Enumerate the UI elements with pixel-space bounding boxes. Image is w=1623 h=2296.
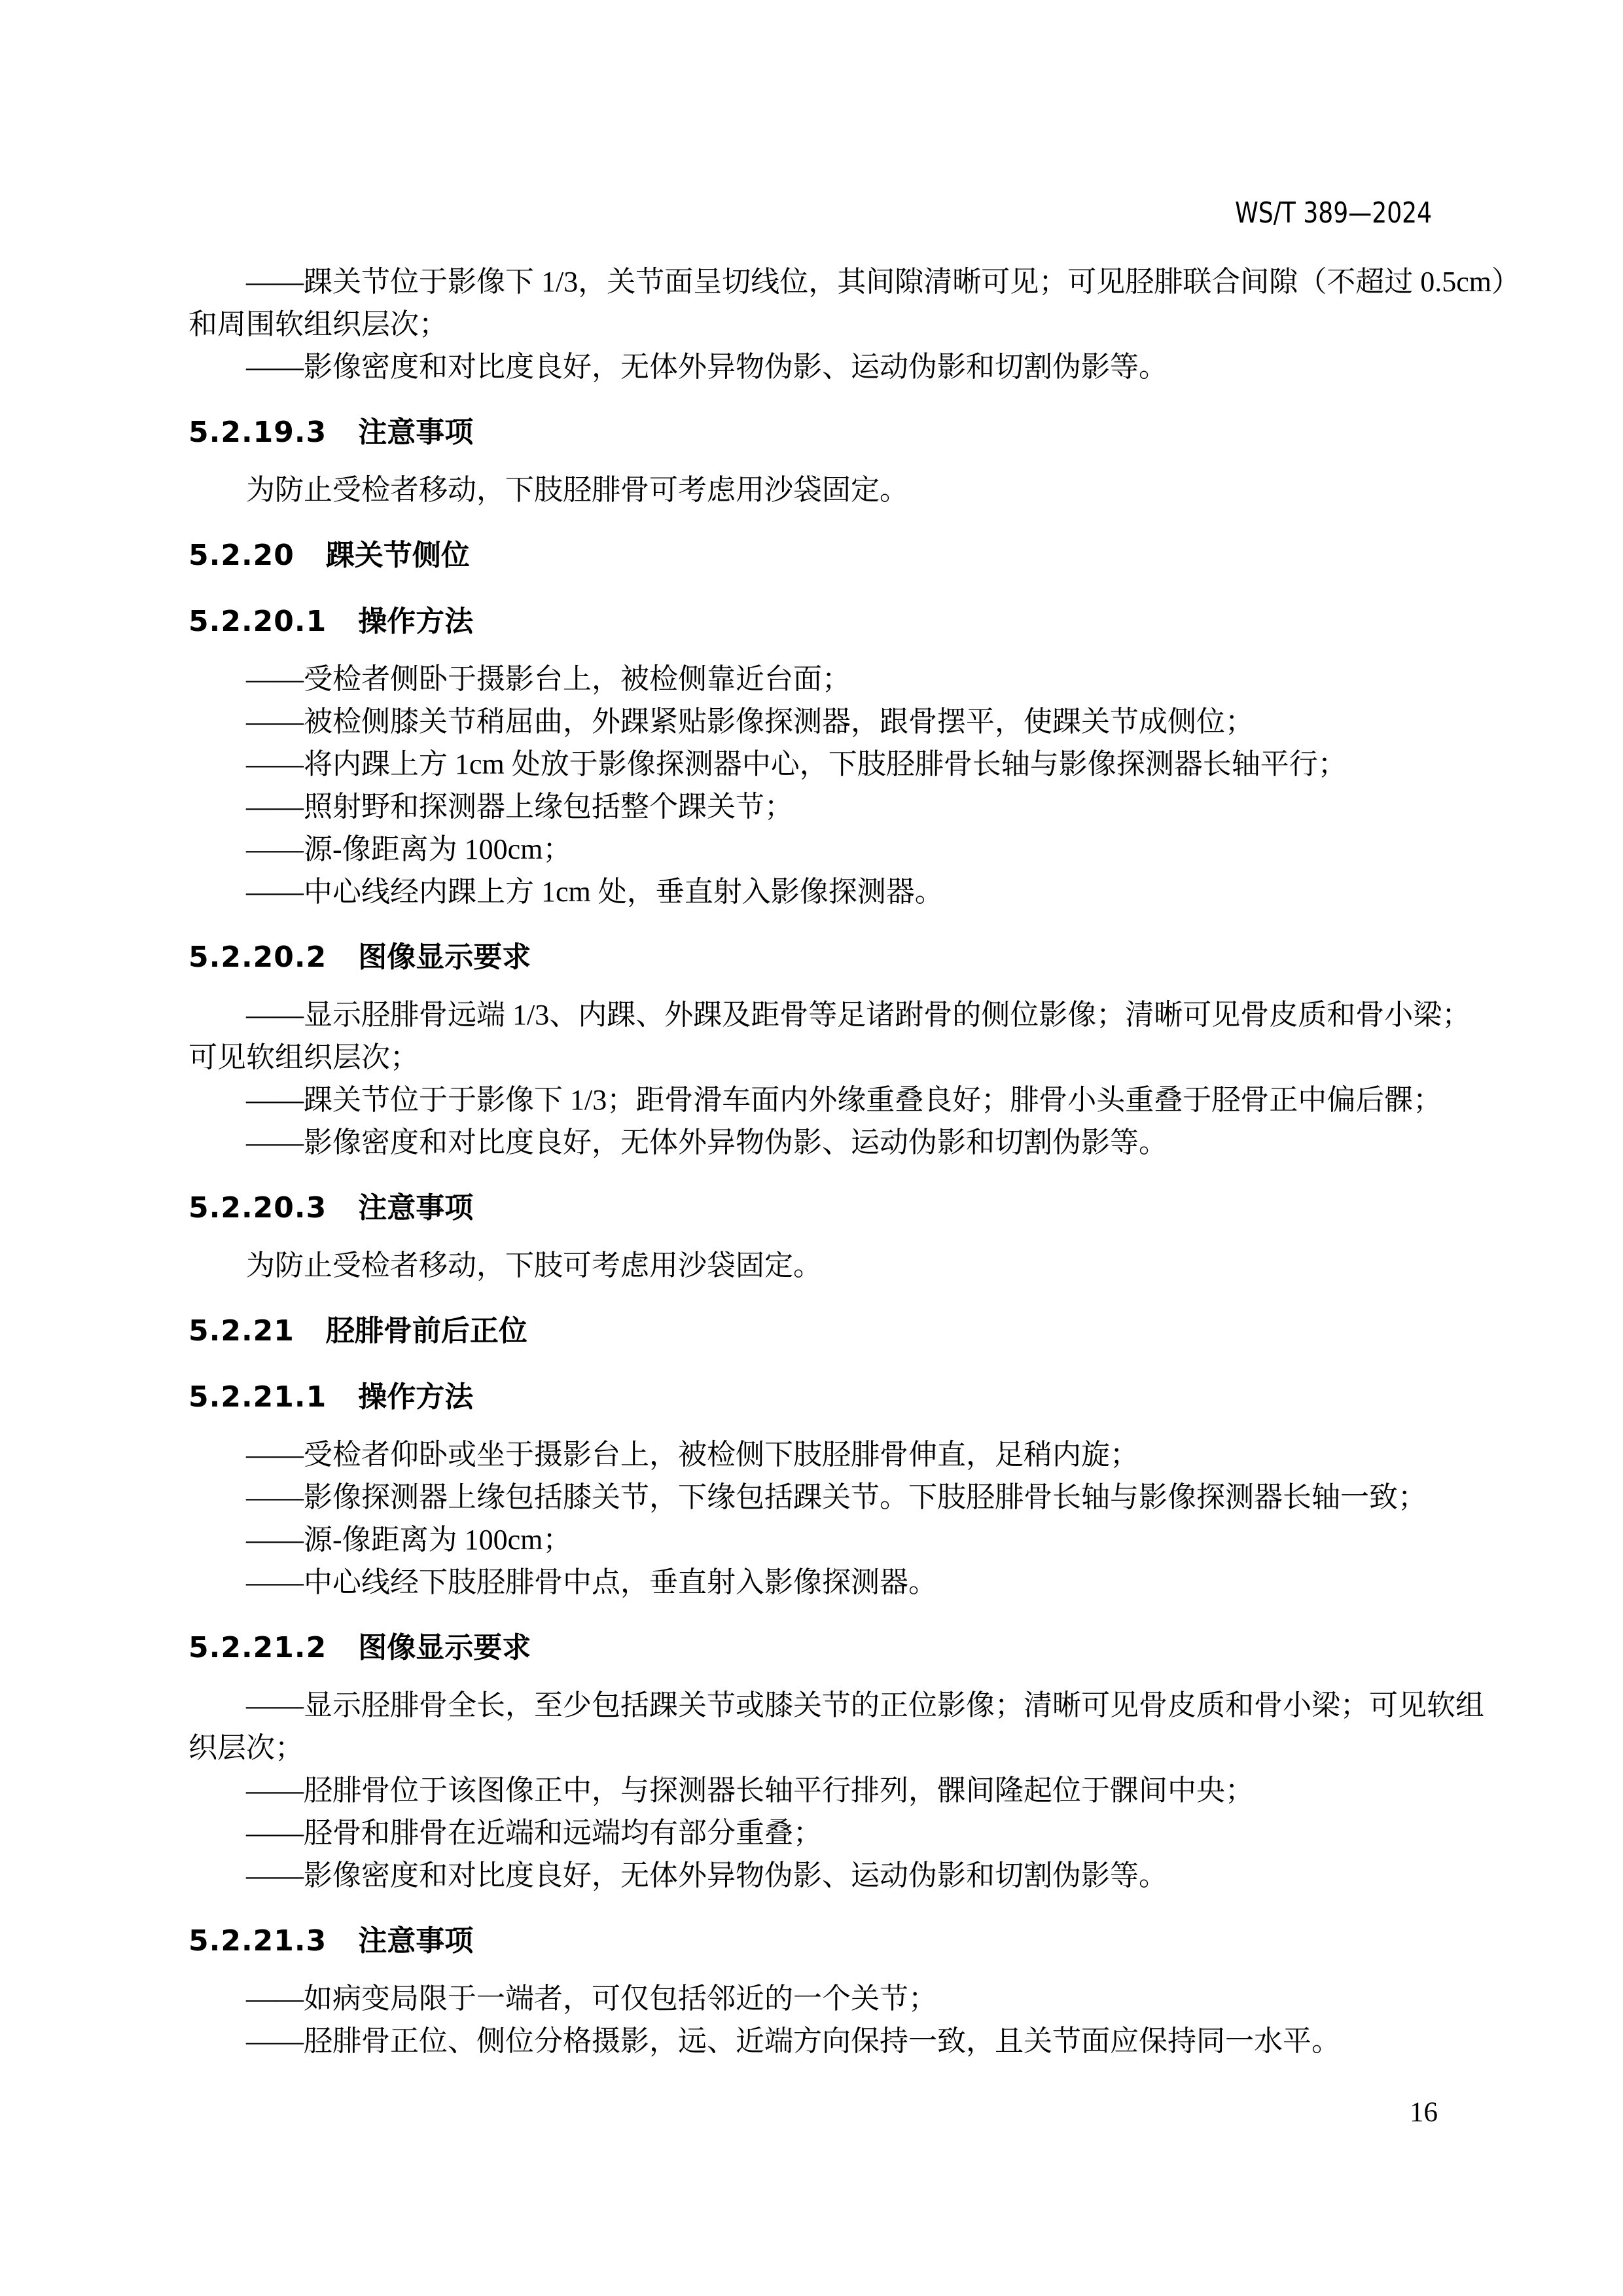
document-body: ——踝关节位于影像下 1/3，关节面呈切线位，其间隙清晰可见；可见胫腓联合间隙（…: [188, 260, 1438, 2062]
section-heading: 5.2.21.2图像显示要求: [188, 1626, 1438, 1670]
section-title: 操作方法: [358, 1380, 473, 1414]
section-number: 5.2.20.3: [188, 1191, 327, 1225]
body-line: ——胫腓骨位于该图像正中，与探测器长轴平行排列，髁间隆起位于髁间中央；: [188, 1769, 1438, 1812]
body-line: 织层次；: [188, 1727, 1438, 1769]
body-line: 为防止受检者移动，下肢可考虑用沙袋固定。: [188, 1244, 1438, 1287]
section-heading: 5.2.20.2图像显示要求: [188, 936, 1438, 979]
section-number: 5.2.21.3: [188, 1924, 327, 1958]
body-line: ——源-像距离为 100cm；: [188, 1518, 1438, 1561]
section-heading: 5.2.20踝关节侧位: [188, 534, 1438, 577]
body-line: ——影像密度和对比度良好，无体外异物伪影、运动伪影和切割伪影等。: [188, 1121, 1438, 1164]
section-number: 5.2.19.3: [188, 416, 327, 449]
body-line: ——胫骨和腓骨在近端和远端均有部分重叠；: [188, 1812, 1438, 1854]
section-title: 注意事项: [358, 1924, 473, 1958]
section-number: 5.2.21: [188, 1314, 294, 1348]
body-line: ——中心线经下肢胫腓骨中点，垂直射入影像探测器。: [188, 1561, 1438, 1604]
section-number: 5.2.21.1: [188, 1380, 327, 1414]
section-number: 5.2.20.1: [188, 605, 327, 638]
body-line: ——影像密度和对比度良好，无体外异物伪影、运动伪影和切割伪影等。: [188, 346, 1438, 388]
body-line: ——被检侧膝关节稍屈曲，外踝紧贴影像探测器，跟骨摆平，使踝关节成侧位；: [188, 700, 1438, 743]
document-page: WS/T 389—2024 ——踝关节位于影像下 1/3，关节面呈切线位，其间隙…: [0, 0, 1623, 2296]
body-line: 和周围软组织层次；: [188, 303, 1438, 346]
body-line: ——影像探测器上缘包括膝关节，下缘包括踝关节。下肢胫腓骨长轴与影像探测器长轴一致…: [188, 1476, 1438, 1518]
section-title: 图像显示要求: [358, 941, 531, 974]
body-line: 为防止受检者移动，下肢胫腓骨可考虑用沙袋固定。: [188, 469, 1438, 511]
section-heading: 5.2.21.3注意事项: [188, 1920, 1438, 1963]
section-title: 注意事项: [358, 416, 473, 449]
body-line: ——如病变局限于一端者，可仅包括邻近的一个关节；: [188, 1977, 1438, 2020]
body-line: ——踝关节位于影像下 1/3，关节面呈切线位，其间隙清晰可见；可见胫腓联合间隙（…: [188, 260, 1438, 303]
section-title: 操作方法: [358, 605, 473, 638]
section-heading: 5.2.19.3注意事项: [188, 411, 1438, 454]
body-line: ——受检者仰卧或坐于摄影台上，被检侧下肢胫腓骨伸直，足稍内旋；: [188, 1433, 1438, 1476]
body-line: ——照射野和探测器上缘包括整个踝关节；: [188, 785, 1438, 828]
page-number: 16: [1410, 2096, 1438, 2128]
section-title: 胫腓骨前后正位: [326, 1314, 527, 1348]
body-line: ——中心线经内踝上方 1cm 处，垂直射入影像探测器。: [188, 870, 1438, 913]
section-heading: 5.2.20.1操作方法: [188, 600, 1438, 643]
standard-code-header: WS/T 389—2024: [1235, 196, 1432, 230]
body-line: ——显示胫腓骨全长，至少包括踝关节或膝关节的正位影像；清晰可见骨皮质和骨小梁；可…: [188, 1684, 1438, 1727]
section-title: 注意事项: [358, 1191, 473, 1225]
section-title: 图像显示要求: [358, 1631, 531, 1664]
section-number: 5.2.20: [188, 539, 294, 572]
body-line: ——源-像距离为 100cm；: [188, 828, 1438, 870]
section-heading: 5.2.21胫腓骨前后正位: [188, 1310, 1438, 1353]
section-heading: 5.2.20.3注意事项: [188, 1187, 1438, 1230]
body-line: 可见软组织层次；: [188, 1036, 1438, 1079]
body-line: ——将内踝上方 1cm 处放于影像探测器中心，下肢胫腓骨长轴与影像探测器长轴平行…: [188, 743, 1438, 785]
body-line: ——受检者侧卧于摄影台上，被检侧靠近台面；: [188, 658, 1438, 700]
body-line: ——踝关节位于于影像下 1/3；距骨滑车面内外缘重叠良好；腓骨小头重叠于胫骨正中…: [188, 1079, 1438, 1121]
section-number: 5.2.20.2: [188, 941, 327, 974]
body-line: ——显示胫腓骨远端 1/3、内踝、外踝及距骨等足诸跗骨的侧位影像；清晰可见骨皮质…: [188, 994, 1438, 1036]
body-line: ——影像密度和对比度良好，无体外异物伪影、运动伪影和切割伪影等。: [188, 1854, 1438, 1897]
section-title: 踝关节侧位: [326, 539, 470, 572]
section-heading: 5.2.21.1操作方法: [188, 1376, 1438, 1419]
section-number: 5.2.21.2: [188, 1631, 327, 1664]
body-line: ——胫腓骨正位、侧位分格摄影，远、近端方向保持一致，且关节面应保持同一水平。: [188, 2020, 1438, 2062]
